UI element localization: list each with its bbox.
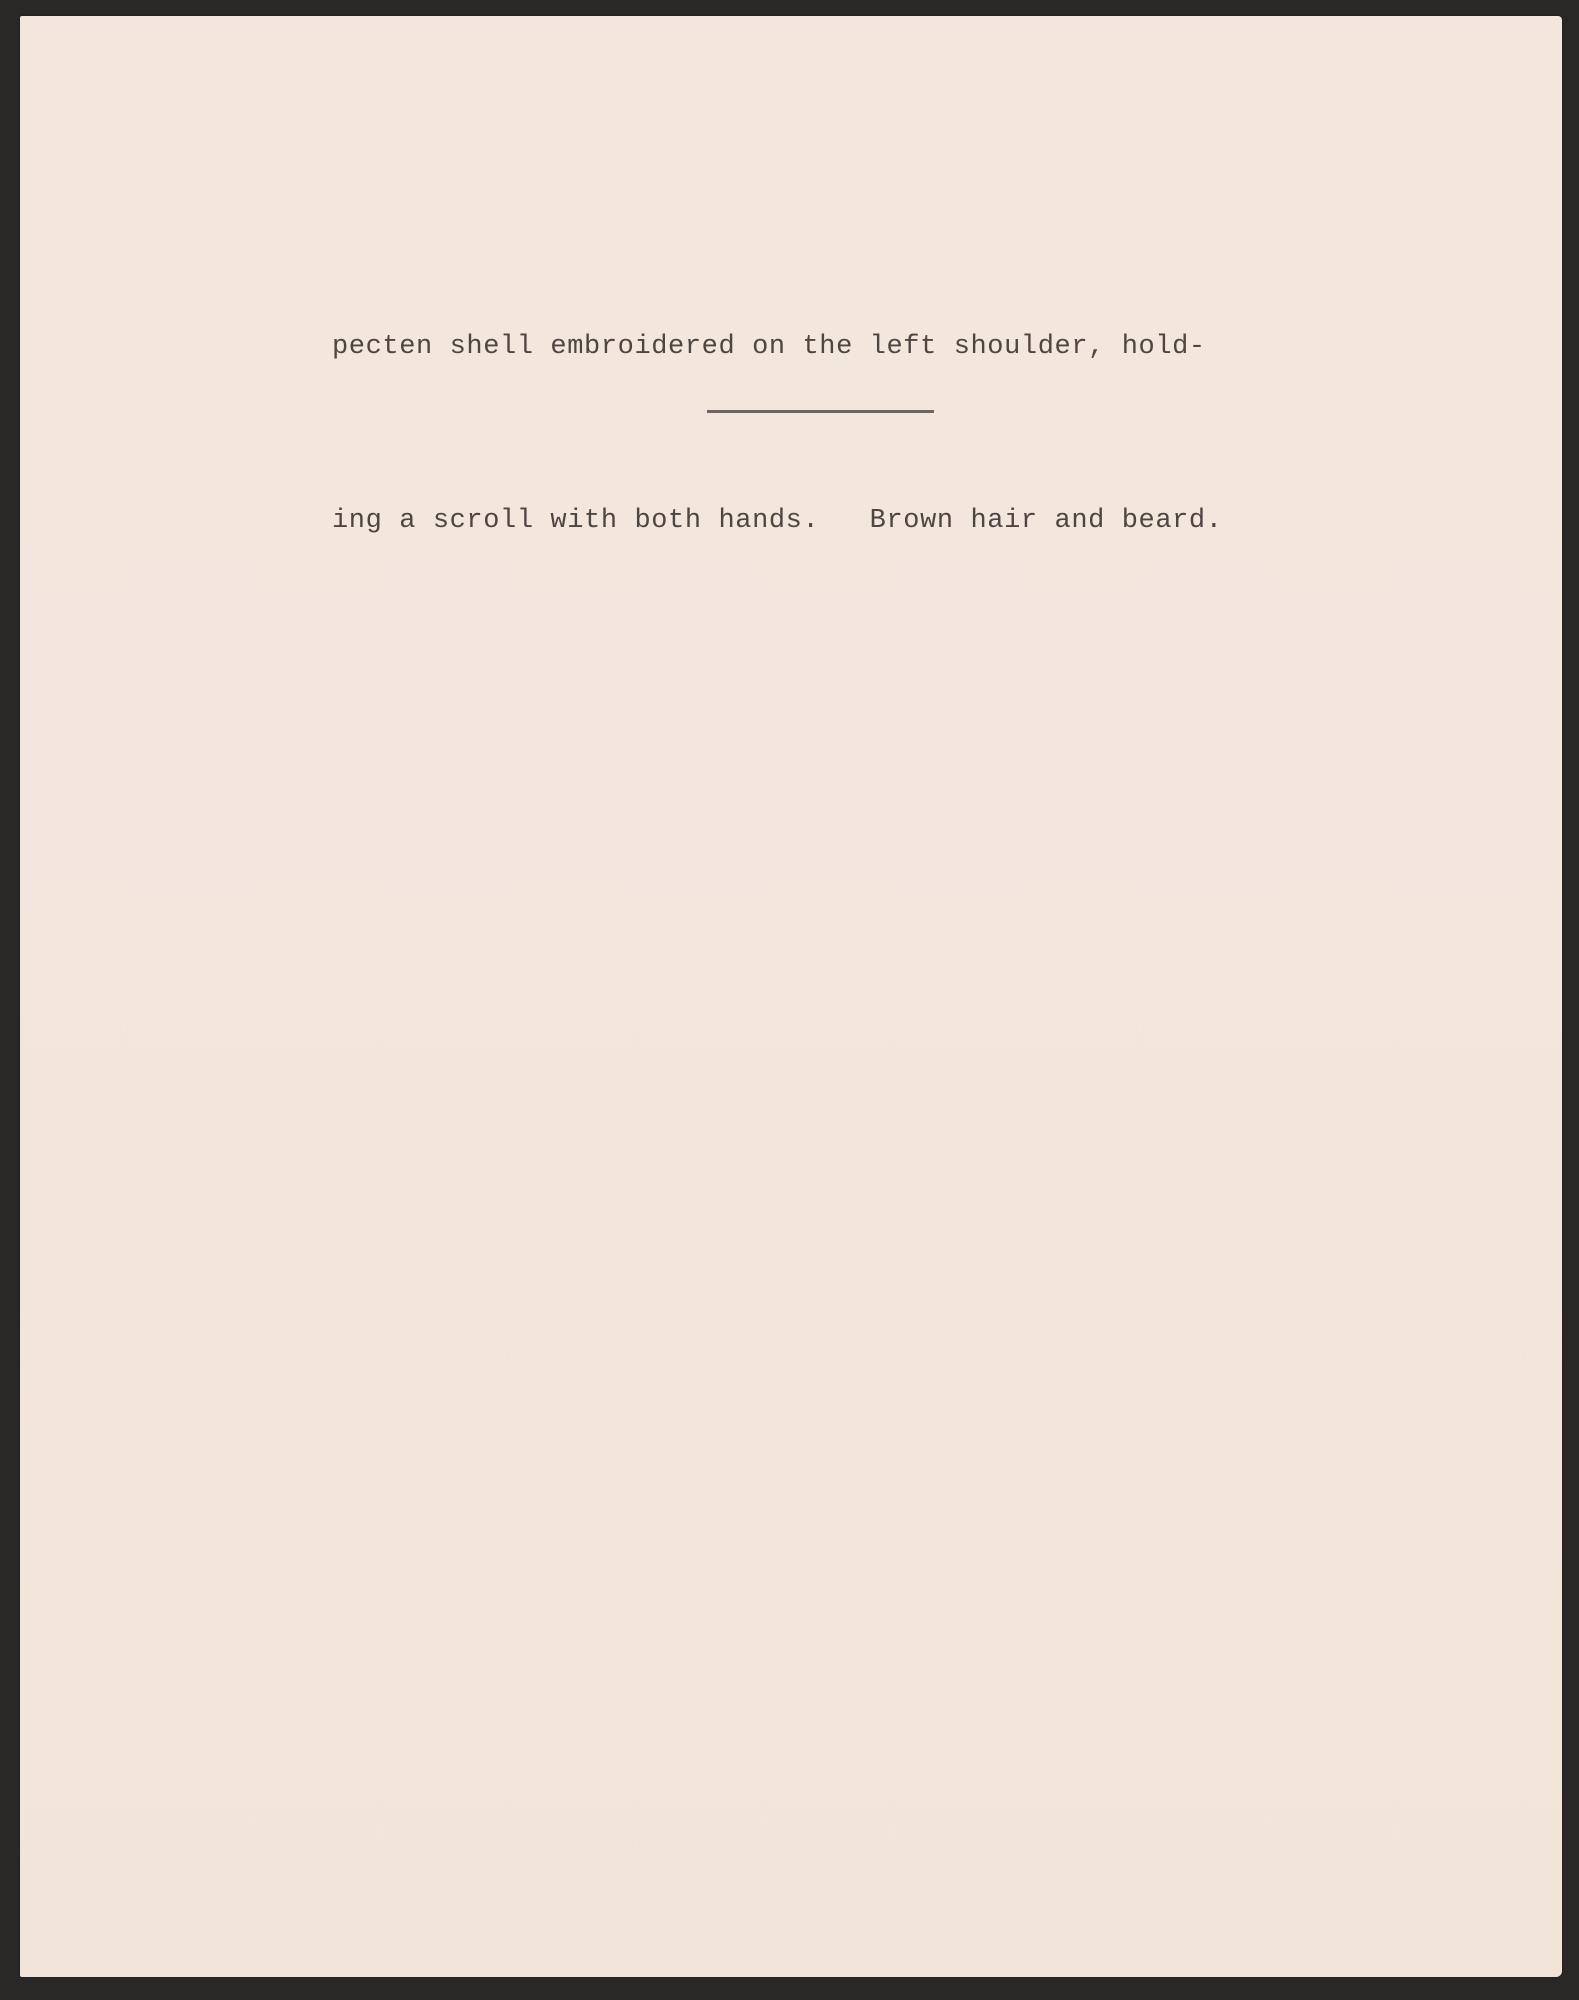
document-page: pecten shell embroidered on the left sho… bbox=[20, 16, 1562, 1977]
text-line-1: pecten shell embroidered on the left sho… bbox=[332, 318, 1223, 376]
separator-rule bbox=[707, 410, 934, 413]
typewritten-text: pecten shell embroidered on the left sho… bbox=[332, 202, 1223, 666]
text-line-2: ing a scroll with both hands. Brown hair… bbox=[332, 492, 1223, 550]
